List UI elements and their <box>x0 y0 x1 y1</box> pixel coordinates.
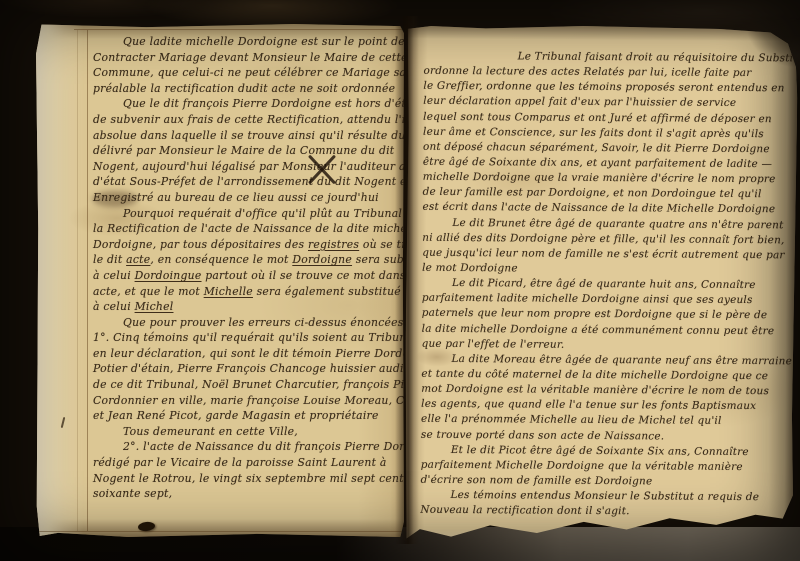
manuscript-line: Potier d'étain, Pierre François Chancoge… <box>93 361 402 377</box>
manuscript-line: Commune, que celui-ci ne peut célébrer c… <box>93 65 402 81</box>
manuscript-line: d'état Sous-Préfet de l'arrondissement d… <box>93 174 402 190</box>
crossout-mark <box>303 151 339 189</box>
manuscript-line: délivré par Monsieur le Maire de la Comm… <box>93 143 402 159</box>
right-page-text: Le Tribunal faisant droit au réquisitoir… <box>420 49 793 521</box>
manuscript-line: Nouveau la rectification dont il s'agit. <box>420 503 790 521</box>
manuscript-line: 1°. Cinq témoins qu'il requérait qu'ils … <box>93 330 402 346</box>
manuscript-line: en leur déclaration, qui sont le dit tém… <box>93 346 402 362</box>
manuscript-line: Nogent, aujourd'hui légalisé par Monsieu… <box>93 159 402 175</box>
manuscript-line: de subvenir aux frais de cette Rectifica… <box>93 112 402 128</box>
frame-rule-bottom <box>38 531 404 532</box>
margin-rule-outer <box>77 30 78 531</box>
manuscript-line: la Rectification de l'acte de Naissance … <box>93 221 402 237</box>
manuscript-line: de ce dit Tribunal, Noël Brunet Charcuti… <box>93 377 402 393</box>
manuscript-line: Nogent le Rotrou, le vingt six septembre… <box>93 471 402 487</box>
left-page-text: Que ladite michelle Dordoigne est sur le… <box>93 34 402 502</box>
manuscript-line: soixante sept, <box>93 486 402 502</box>
manuscript-line: à celui Michel <box>93 299 402 315</box>
manuscript-line: préalable la rectification dudit acte ne… <box>93 81 402 97</box>
manuscript-line: Contracter Mariage devant Monsieur le Ma… <box>93 50 402 66</box>
frame-rule-top <box>74 29 404 30</box>
manuscript-line: absolue dans laquelle il se trouve ainsi… <box>93 128 402 144</box>
manuscript-line: et Jean René Picot, garde Magasin et pro… <box>93 408 402 424</box>
manuscript-line: Que le dit françois Pierre Dordoigne est… <box>93 96 402 112</box>
margin-rule-vertical <box>87 30 88 531</box>
manuscript-line: Pourquoi requérait d'office qu'il plût a… <box>93 206 402 222</box>
manuscript-line: Cordonnier en ville, marie françoise Lou… <box>93 393 402 409</box>
manuscript-line: Tous demeurant en cette Ville, <box>93 424 402 440</box>
manuscript-line: à celui Dordoingue partout où il se trou… <box>93 268 402 284</box>
manuscript-line: Dordoigne, par tous dépositaires des reg… <box>93 237 402 253</box>
left-page: Que ladite michelle Dordoigne est sur le… <box>36 23 404 537</box>
manuscript-line: Enregistré au bureau de ce lieu aussi ce… <box>93 190 402 206</box>
manuscript-line: Que pour prouver les erreurs ci-dessus é… <box>93 315 402 331</box>
document-scan: Que ladite michelle Dordoigne est sur le… <box>0 0 800 561</box>
manuscript-line: acte, et que le mot Michelle sera égalem… <box>93 284 402 300</box>
manuscript-line: Que ladite michelle Dordoigne est sur le… <box>93 34 402 50</box>
manuscript-line: le dit acte, en conséquence le mot Dordo… <box>93 252 402 268</box>
right-page: Le Tribunal faisant droit au réquisitoir… <box>404 23 798 548</box>
margin-tick-mark <box>61 417 66 428</box>
manuscript-line: rédigé par le Vicaire de la paroisse Sai… <box>93 455 402 471</box>
manuscript-line: 2°. l'acte de Naissance du dit françois … <box>93 439 402 455</box>
